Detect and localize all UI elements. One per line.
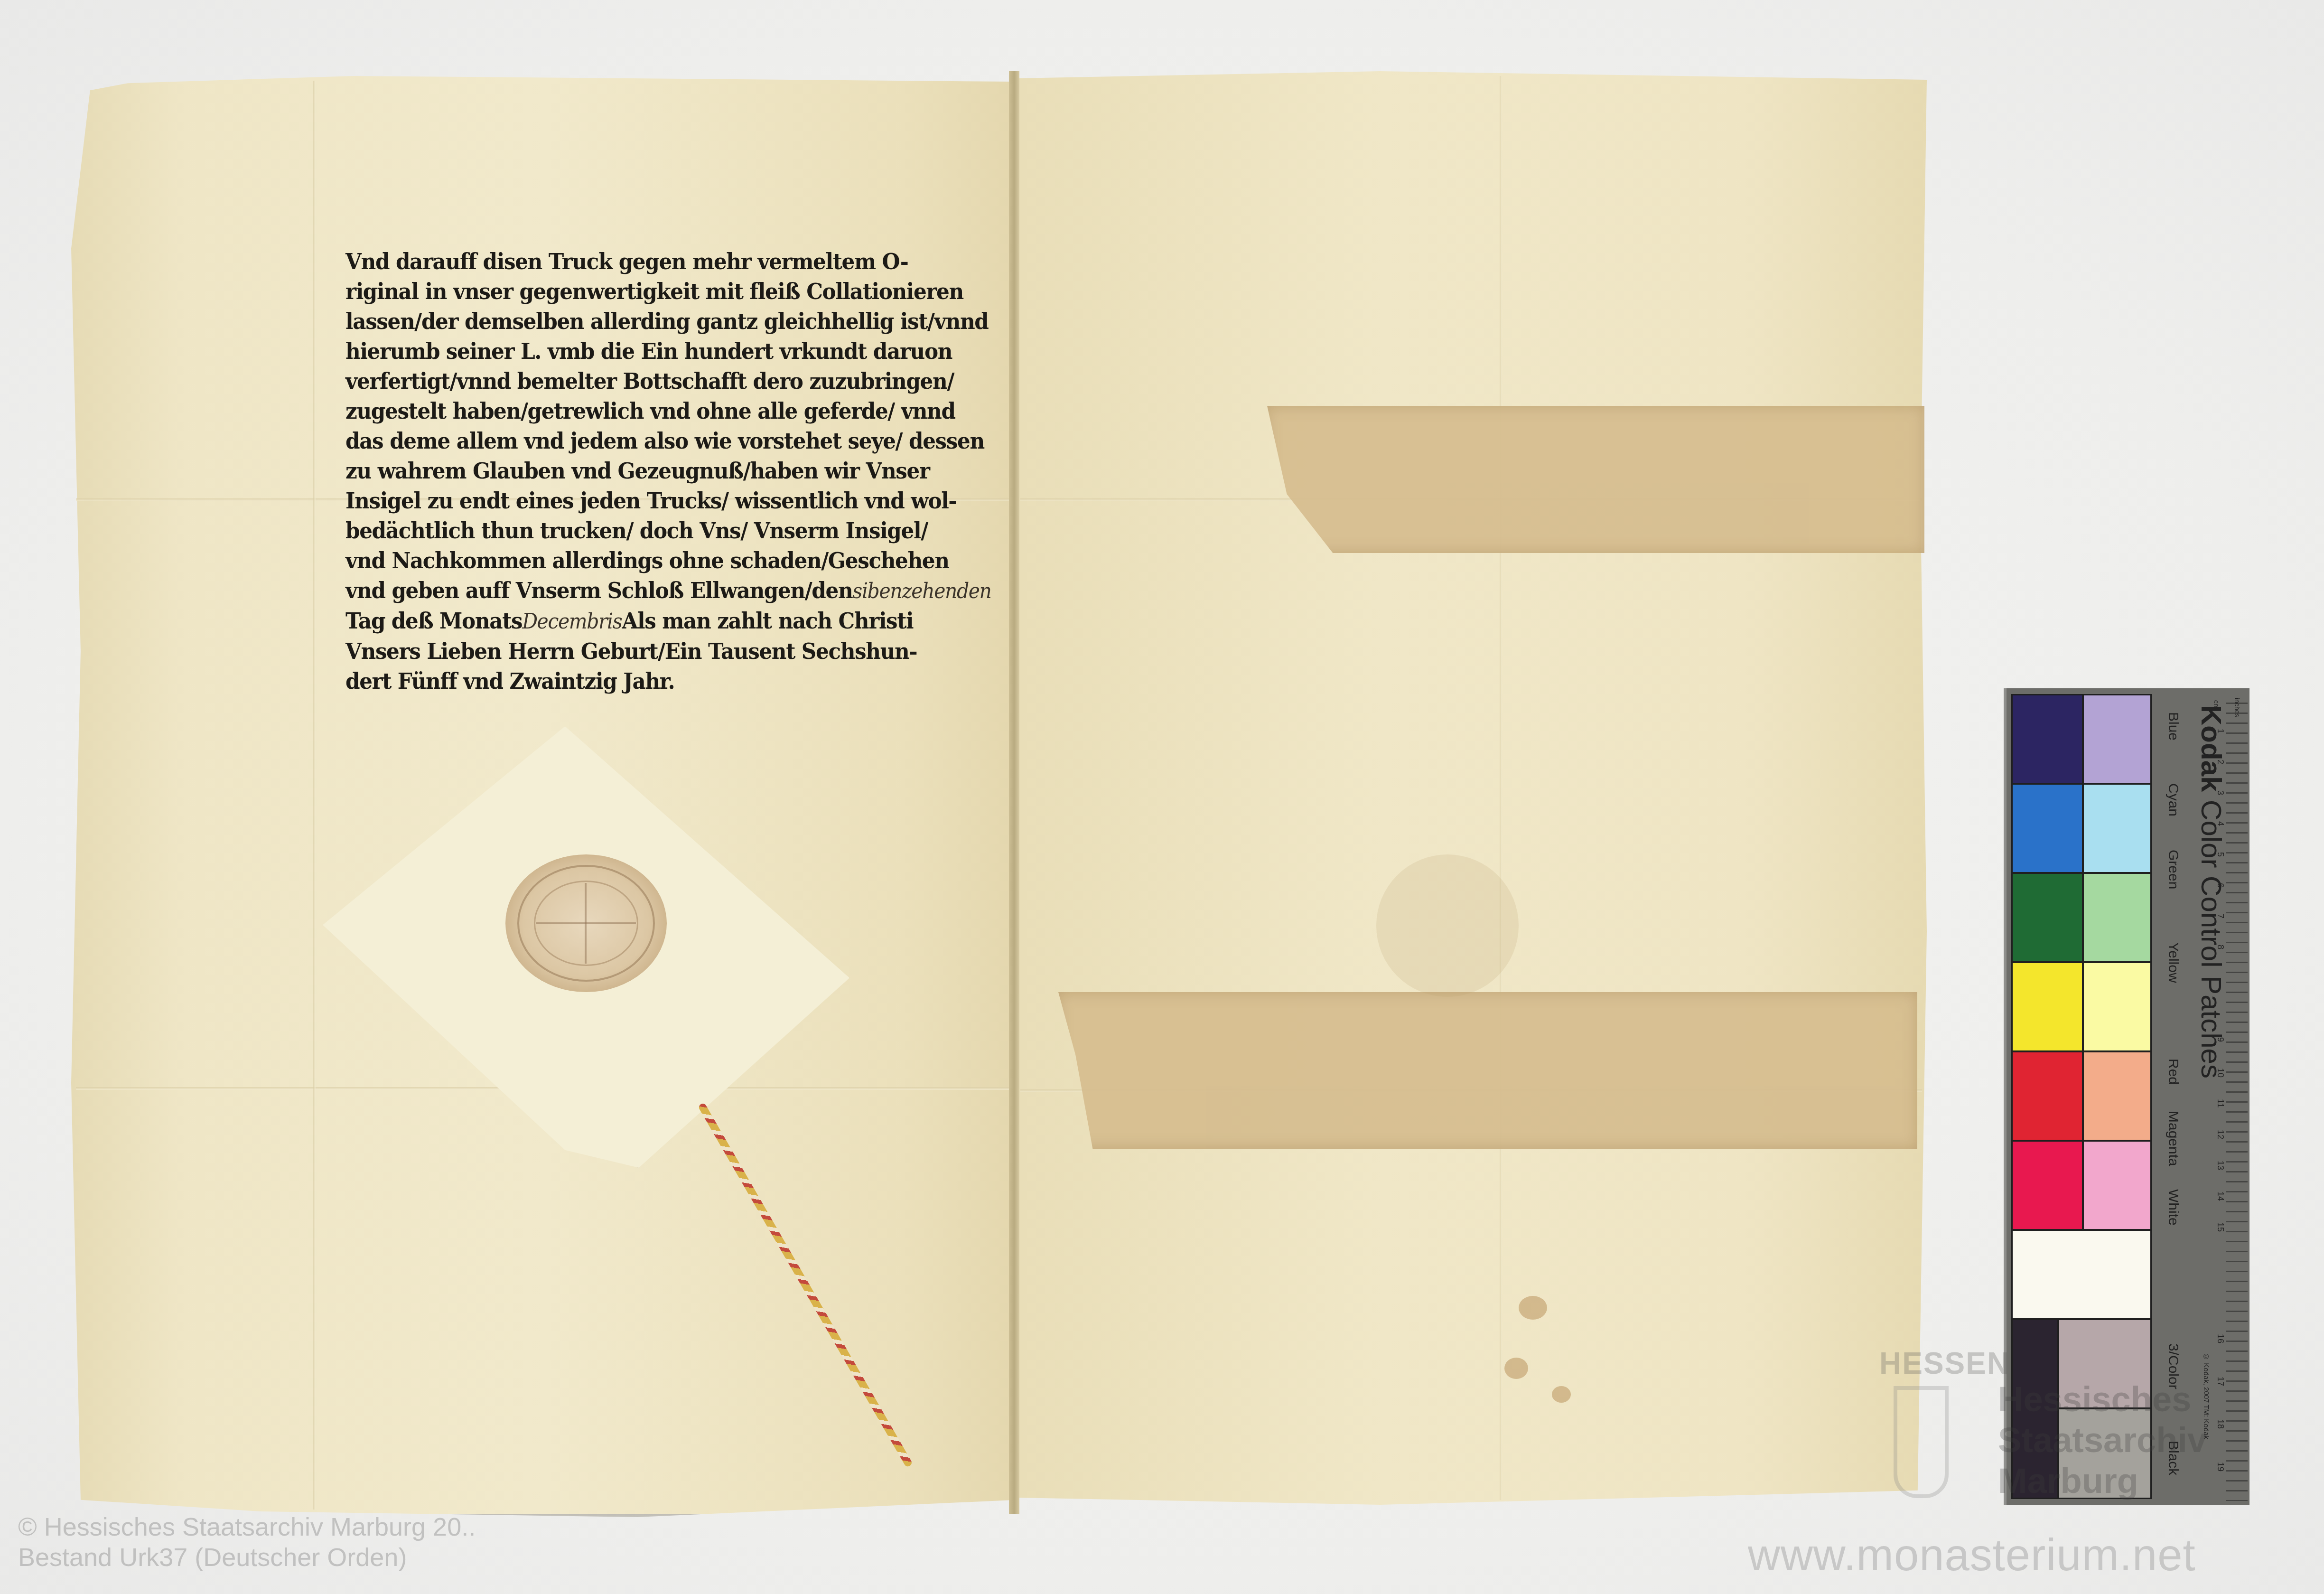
cm-label: cm (2212, 700, 2220, 709)
fold-line (1500, 76, 1502, 1500)
text-line: vnd geben auff Vnserm Schloß Ellwangen/d… (345, 576, 915, 606)
inches-label: inches (2233, 698, 2241, 717)
fold-line (313, 81, 316, 1510)
patch-red-light (2082, 1051, 2152, 1141)
patch-green-dark (2011, 872, 2083, 963)
patch-label-red: Red (2165, 1059, 2181, 1085)
patch-label-white: White (2165, 1189, 2181, 1226)
text-line: zugestelt haben/getrewlich vnd ohne alle… (345, 396, 915, 426)
stain (1519, 1296, 1547, 1320)
patch-label-cyan: Cyan (2165, 783, 2181, 816)
stain (1376, 854, 1519, 997)
text-line: bedächtlich thun trucken/ doch Vns/ Vnse… (345, 516, 915, 546)
seal-cross-icon (536, 922, 636, 924)
cm-tick: 6 (2215, 883, 2225, 888)
patch-green-light (2082, 872, 2152, 963)
patch-yellow-dark (2011, 962, 2083, 1052)
cm-tick: 4 (2215, 821, 2225, 826)
handwritten-day: sibenzehenden (852, 579, 991, 603)
cm-tick: 11 (2215, 1099, 2225, 1108)
text-line: das deme allem vnd jedem also wie vorste… (345, 426, 915, 456)
cm-tick: 8 (2215, 945, 2225, 949)
handwritten-month: Decembris (522, 609, 622, 634)
right-page (1016, 71, 1927, 1505)
text-line: dert Fünff vnd Zwaintzig Jahr. (345, 666, 915, 696)
cm-tick: 13 (2215, 1161, 2225, 1170)
patch-magenta-dark (2011, 1140, 2083, 1230)
hessen-wordmark: HESSEN (1879, 1346, 2010, 1381)
text-line: zu wahrem Glauben vnd Gezeugnuß/haben wi… (345, 456, 915, 486)
text-line: riginal in vnser gegenwertigkeit mit fle… (345, 277, 915, 307)
text-line: verfertigt/vnnd bemelter Bottschafft der… (345, 366, 915, 396)
cm-tick: 12 (2215, 1130, 2225, 1139)
kodak-card-title: Color Control Patches (2195, 800, 2227, 1078)
patch-label-magenta: Magenta (2165, 1111, 2181, 1166)
text-line: lassen/der demselben allerding gantz gle… (345, 307, 915, 337)
patch-red-dark (2011, 1051, 2083, 1141)
cm-tick: 10 (2215, 1068, 2225, 1078)
patch-label-blue: Blue (2165, 712, 2181, 741)
text-line: hierumb seiner L. vmb die Ein hundert vr… (345, 337, 915, 366)
archive-name-line: Staatsarchiv (1998, 1420, 2207, 1461)
hessen-archive-logo: HESSEN Hessisches Staatsarchiv Marburg (1879, 1346, 2268, 1507)
archive-name: Hessisches Staatsarchiv Marburg (1998, 1379, 2207, 1501)
patch-label-yellow: Yellow (2165, 942, 2181, 983)
center-gutter (1009, 71, 1019, 1514)
text-line: Tag deß MonatsDecembrisAls man zahlt nac… (345, 606, 915, 637)
stain (1504, 1358, 1528, 1379)
cm-tick: 15 (2215, 1222, 2225, 1232)
archive-name-line: Marburg (1998, 1461, 2207, 1501)
cm-tick: 3 (2215, 790, 2225, 795)
repair-tape-top (1267, 406, 1924, 553)
patch-white (2011, 1229, 2152, 1320)
text-fragment: Als man zahlt nach Christi (622, 608, 913, 634)
text-fragment: vnd geben auff Vnserm Schloß Ellwangen/d… (345, 578, 852, 604)
text-line: Vnsers Lieben Herrn Geburt/Ein Tausent S… (345, 637, 915, 666)
text-line: vnd Nachkommen allerdings ohne schaden/G… (345, 546, 915, 576)
collection-line: Bestand Urk37 (Deutscher Orden) (18, 1542, 476, 1573)
patch-magenta-light (2082, 1140, 2152, 1230)
patch-blue-light (2082, 694, 2152, 784)
cm-tick: 5 (2215, 852, 2225, 857)
cm-tick: 9 (2215, 1037, 2225, 1042)
cm-tick: 16 (2215, 1334, 2225, 1343)
patch-blue-dark (2011, 694, 2083, 784)
copyright-watermark: © Hessisches Staatsarchiv Marburg 20.. B… (18, 1512, 476, 1573)
kodak-brand: Kodak (2195, 705, 2227, 792)
patch-cyan-light (2082, 783, 2152, 873)
printed-text-block: Vnd darauff disen Truck gegen mehr verme… (345, 247, 915, 696)
patch-label-green: Green (2165, 850, 2181, 889)
text-line: Insigel zu endt eines jeden Trucks/ wiss… (345, 486, 915, 516)
text-fragment: Tag deß Monats (345, 608, 522, 634)
stain (1552, 1386, 1571, 1403)
cm-tick: 14 (2215, 1191, 2225, 1201)
archive-name-line: Hessisches (1998, 1379, 2207, 1420)
website-watermark[interactable]: www.monasterium.net (1748, 1529, 2196, 1581)
cm-tick: 1 (2215, 729, 2225, 733)
text-line: Vnd darauff disen Truck gegen mehr verme… (345, 247, 915, 277)
repair-tape-bottom (1058, 992, 1917, 1149)
patch-yellow-light (2082, 962, 2152, 1052)
patch-cyan-dark (2011, 783, 2083, 873)
copyright-line: © Hessisches Staatsarchiv Marburg 20.. (18, 1512, 476, 1542)
hessen-lion-shield-icon (1894, 1386, 1949, 1498)
cm-tick: 7 (2215, 914, 2225, 919)
cm-tick: 2 (2215, 759, 2225, 764)
